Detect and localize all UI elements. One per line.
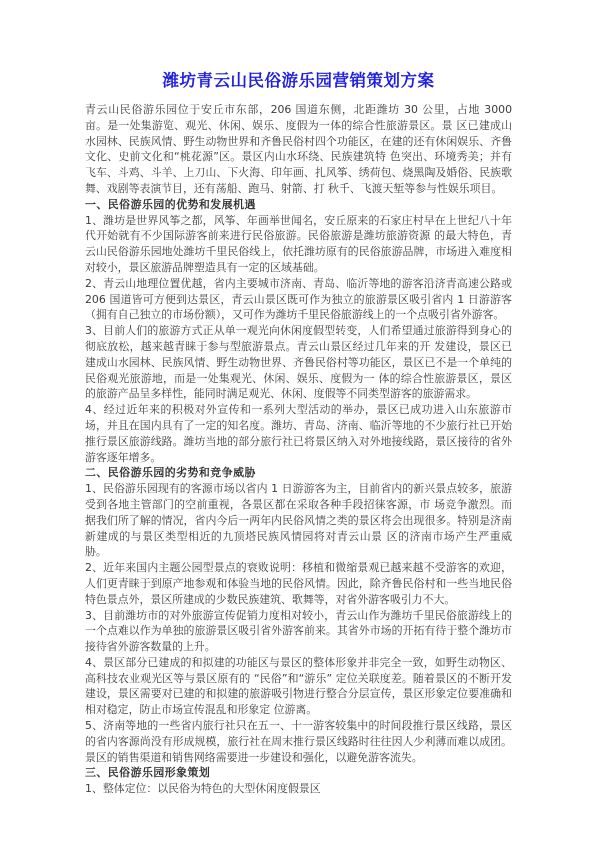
section-heading-1: 一、民俗游乐园的优势和发展机遇 bbox=[85, 197, 512, 213]
section-heading-3: 三、民俗游乐园形象策划 bbox=[85, 765, 512, 781]
paragraph: 2、青云山地理位置优越，省内主要城市济南、青岛、临沂等地的游客沿济青高速公路或 … bbox=[85, 276, 512, 323]
paragraph: 5、济南等地的一些省内旅行社只在五一、十一游客较集中的时间段推行景区线路，景区的… bbox=[85, 718, 512, 765]
doc-title: 潍坊青云山民俗游乐园营销策划方案 bbox=[85, 70, 512, 92]
doc-body: 青云山民俗游乐园位于安丘市东部，206 国道东侧，北距潍坊 30 公里，占地 3… bbox=[85, 102, 512, 797]
paragraph: 3、目前人们的旅游方式正从单一观光向休闲度假型转变，人们希望通过旅游得到身心的彻… bbox=[85, 323, 512, 402]
section-heading-2: 二、民俗游乐园的劣势和竞争威胁 bbox=[85, 465, 512, 481]
paragraph: 1、民俗游乐园现有的客源市场以省内 1 日游游客为主，目前省内的新兴景点较多，旅… bbox=[85, 481, 512, 560]
paragraph: 4、景区部分已建成的和拟建的功能区与景区的整体形象并非完全一致，如野生动物区、高… bbox=[85, 655, 512, 718]
paragraph: 2、近年来国内主题公园型景点的衰败说明：移植和微缩景观已越来越不受游客的欢迎，人… bbox=[85, 560, 512, 607]
paragraph: 1、整体定位：以民俗为特色的大型休闲度假景区 bbox=[85, 781, 512, 797]
paragraph: 1、潍坊是世界风筝之都，风筝、年画举世闻名，安丘原来的石家庄村早在上世纪八十年代… bbox=[85, 213, 512, 276]
paragraph: 3、目前潍坊市的对外旅游宣传促销力度相对较小，青云山作为潍坊千里民俗旅游线上的一… bbox=[85, 608, 512, 655]
document-page: 潍坊青云山民俗游乐园营销策划方案 青云山民俗游乐园位于安丘市东部，206 国道东… bbox=[0, 0, 595, 842]
intro-paragraph: 青云山民俗游乐园位于安丘市东部，206 国道东侧，北距潍坊 30 公里，占地 3… bbox=[85, 102, 512, 197]
paragraph: 4、经过近年来的积极对外宣传和一系列大型活动的举办，景区已成功进入山东旅游市场，… bbox=[85, 402, 512, 465]
